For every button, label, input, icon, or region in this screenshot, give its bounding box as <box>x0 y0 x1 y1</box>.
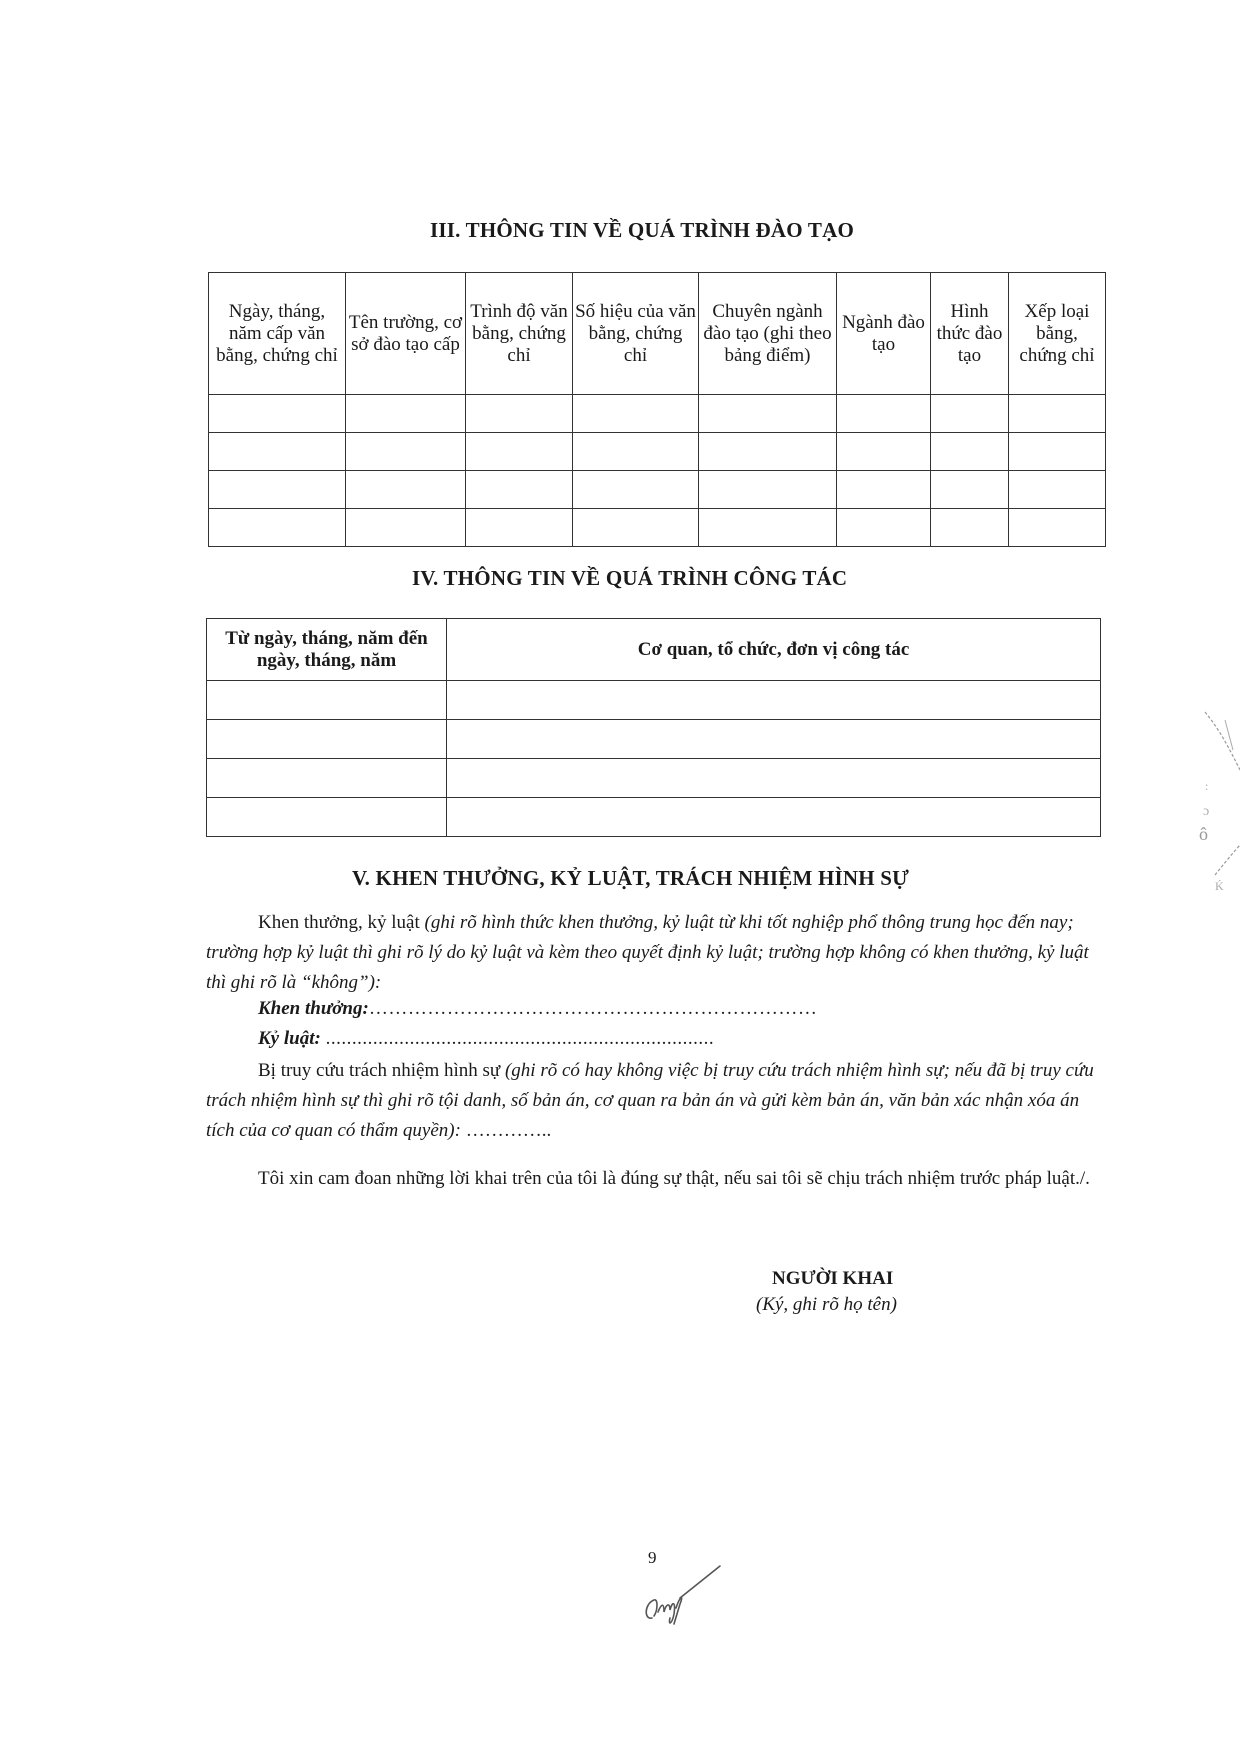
col-organization: Cơ quan, tổ chức, đơn vị công tác <box>447 619 1101 681</box>
table-cell[interactable] <box>837 395 931 433</box>
training-history-table: Ngày, tháng, năm cấp văn bằng, chứng chỉ… <box>208 272 1106 547</box>
table-cell[interactable] <box>207 759 447 798</box>
section-3-title: III. THÔNG TIN VỀ QUÁ TRÌNH ĐÀO TẠO <box>430 218 854 243</box>
table-cell[interactable] <box>209 433 346 471</box>
table-cell[interactable] <box>466 471 573 509</box>
table-cell[interactable] <box>346 471 466 509</box>
signer-instructions: (Ký, ghi rõ họ tên) <box>756 1294 897 1316</box>
declaration-paragraph: Tôi xin cam đoan những lời khai trên của… <box>206 1164 1106 1194</box>
table-cell[interactable] <box>699 433 837 471</box>
col-issue-date: Ngày, tháng, năm cấp văn bằng, chứng chỉ <box>209 273 346 395</box>
col-specialization: Chuyên ngành đào tạo (ghi theo bảng điểm… <box>699 273 837 395</box>
table-row <box>209 433 1106 471</box>
table-cell[interactable] <box>207 720 447 759</box>
table-row <box>209 509 1106 547</box>
rewards-intro: Khen thưởng, kỷ luật <box>258 912 420 933</box>
col-major: Ngành đào tạo <box>837 273 931 395</box>
table-cell[interactable] <box>447 759 1101 798</box>
col-period: Từ ngày, tháng, năm đến ngày, tháng, năm <box>207 619 447 681</box>
stamp-edge-icon: : ɔ ô Ḱ <box>1185 700 1240 900</box>
table-cell[interactable] <box>931 471 1009 509</box>
table-cell[interactable] <box>346 509 466 547</box>
col-institution: Tên trường, cơ sở đào tạo cấp <box>346 273 466 395</box>
table-cell[interactable] <box>573 395 699 433</box>
table-cell[interactable] <box>699 395 837 433</box>
table-cell[interactable] <box>346 395 466 433</box>
table-cell[interactable] <box>346 433 466 471</box>
table-row <box>209 395 1106 433</box>
criminal-intro: Bị truy cứu trách nhiệm hình sự <box>258 1060 500 1081</box>
criminal-field[interactable]: ………….. <box>466 1120 552 1141</box>
table-cell[interactable] <box>573 509 699 547</box>
table-cell[interactable] <box>931 509 1009 547</box>
signature-icon <box>640 1560 730 1630</box>
table-cell[interactable] <box>573 433 699 471</box>
table-cell[interactable] <box>207 798 447 837</box>
criminal-paragraph: Bị truy cứu trách nhiệm hình sự (ghi rõ … <box>206 1056 1106 1146</box>
svg-text:Ḱ: Ḱ <box>1215 879 1224 893</box>
table-cell[interactable] <box>209 395 346 433</box>
section-5-title: V. KHEN THƯỞNG, KỶ LUẬT, TRÁCH NHIỆM HÌN… <box>352 866 909 891</box>
table-cell[interactable] <box>207 681 447 720</box>
table-header-row: Ngày, tháng, năm cấp văn bằng, chứng chỉ… <box>209 273 1106 395</box>
table-cell[interactable] <box>837 509 931 547</box>
signer-title: NGƯỜI KHAI <box>772 1268 893 1290</box>
table-row <box>207 798 1101 837</box>
table-cell[interactable] <box>466 509 573 547</box>
discipline-label: Kỷ luật: <box>258 1028 321 1049</box>
table-row <box>207 720 1101 759</box>
table-cell[interactable] <box>837 471 931 509</box>
table-cell[interactable] <box>466 433 573 471</box>
table-cell[interactable] <box>699 509 837 547</box>
col-training-mode: Hình thức đào tạo <box>931 273 1009 395</box>
table-row <box>207 681 1101 720</box>
table-cell[interactable] <box>931 395 1009 433</box>
discipline-field[interactable]: ........................................… <box>326 1028 715 1049</box>
svg-text:ô: ô <box>1199 824 1208 844</box>
discipline-line: Kỷ luật: ...............................… <box>258 1028 714 1050</box>
work-history-table: Từ ngày, tháng, năm đến ngày, tháng, năm… <box>206 618 1101 837</box>
rewards-paragraph: Khen thưởng, kỷ luật (ghi rõ hình thức k… <box>206 908 1106 998</box>
declaration-text: Tôi xin cam đoan những lời khai trên của… <box>206 1164 1106 1194</box>
table-cell[interactable] <box>1009 509 1106 547</box>
table-cell[interactable] <box>699 471 837 509</box>
svg-text::: : <box>1205 779 1208 793</box>
svg-text:ɔ: ɔ <box>1203 804 1209 819</box>
table-header-row: Từ ngày, tháng, năm đến ngày, tháng, năm… <box>207 619 1101 681</box>
table-cell[interactable] <box>447 798 1101 837</box>
table-row <box>207 759 1101 798</box>
table-cell[interactable] <box>573 471 699 509</box>
table-cell[interactable] <box>1009 433 1106 471</box>
table-cell[interactable] <box>837 433 931 471</box>
table-cell[interactable] <box>1009 471 1106 509</box>
reward-label: Khen thưởng: <box>258 998 369 1019</box>
reward-field[interactable]: …………………………………………………………… <box>369 998 818 1019</box>
col-degree-number: Số hiệu của văn bằng, chứng chỉ <box>573 273 699 395</box>
col-classification: Xếp loại bằng, chứng chỉ <box>1009 273 1106 395</box>
col-degree-level: Trình độ văn bằng, chứng chỉ <box>466 273 573 395</box>
table-row <box>209 471 1106 509</box>
table-cell[interactable] <box>447 681 1101 720</box>
table-cell[interactable] <box>931 433 1009 471</box>
section-4-title: IV. THÔNG TIN VỀ QUÁ TRÌNH CÔNG TÁC <box>412 566 847 591</box>
table-cell[interactable] <box>1009 395 1106 433</box>
table-cell[interactable] <box>447 720 1101 759</box>
table-cell[interactable] <box>209 509 346 547</box>
reward-line: Khen thưởng:…………………………………………………………… <box>258 998 817 1020</box>
table-cell[interactable] <box>466 395 573 433</box>
table-cell[interactable] <box>209 471 346 509</box>
